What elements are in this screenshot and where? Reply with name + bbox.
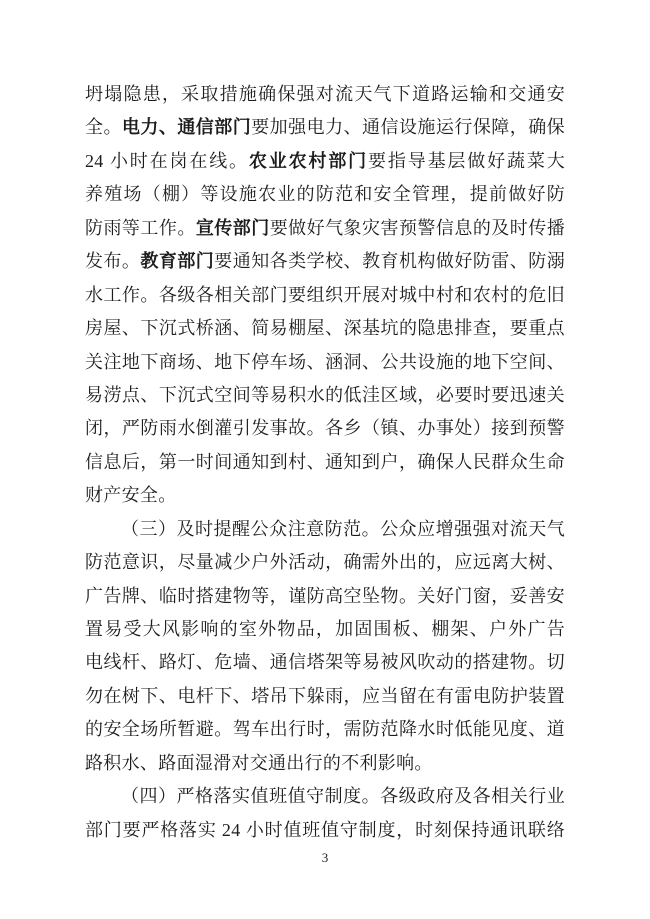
text-line: （三）及时提醒公众注意防范。公众应增强强对流天气 <box>85 513 565 546</box>
bold-department-text: 教育部门 <box>140 251 214 271</box>
text-line: 广告牌、临时搭建物等，谨防高空坠物。关好门窗，妥善安 <box>85 580 565 613</box>
text-line: 易涝点、下沉式空间等易积水的低洼区域，必要时要迅速关 <box>85 379 565 412</box>
body-text: 防雨等工作。 <box>85 218 196 238</box>
body-text: 坍塌隐患，采取措施确保强对流天气下道路运输和交通安 <box>85 84 565 104</box>
bold-department-text: 农业农村部门 <box>249 151 368 171</box>
subheading-text: （四）严格落实值班值守制度。 <box>121 786 380 806</box>
text-line: 信息后，第一时间通知到村、通知到户，确保人民群众生命 <box>85 446 565 479</box>
body-text: 财产安全。 <box>85 485 177 505</box>
text-line: 电线杆、路灯、危墙、通信塔架等易被风吹动的搭建物。切 <box>85 646 565 679</box>
subheading-text: （三）及时提醒公众注意防范。 <box>121 519 380 539</box>
body-text: 全。 <box>85 117 122 137</box>
body-text: 公众应增强强对流天气 <box>380 519 565 539</box>
body-text: 广告牌、临时搭建物等，谨防高空坠物。关好门窗，妥善安 <box>85 586 565 606</box>
body-text: 部门要严格落实 24 小时值班值守制度，时刻保持通讯联络 <box>85 820 565 840</box>
body-text: 易涝点、下沉式空间等易积水的低洼区域，必要时要迅速关 <box>85 385 565 405</box>
text-line: 防范意识，尽量减少户外活动，确需外出的，应远离大树、 <box>85 546 565 579</box>
text-line: 发布。教育部门要通知各类学校、教育机构做好防雷、防溺 <box>85 245 565 278</box>
body-text: 信息后，第一时间通知到村、通知到户，确保人民群众生命 <box>85 452 565 472</box>
page-number: 3 <box>0 850 650 866</box>
bold-department-text: 电力、通信部门 <box>122 117 251 137</box>
text-line: 的安全场所暂避。驾车出行时，需防范降水时低能见度、道 <box>85 713 565 746</box>
body-text: 水工作。各级各相关部门要组织开展对城中村和农村的危旧 <box>85 285 565 305</box>
body-text: 置易受大风影响的室外物品，加固围板、棚架、户外广告牌、 <box>85 619 565 646</box>
body-text: 要做好气象灾害预警信息的及时传播 <box>270 218 565 238</box>
body-text: 要通知各类学校、教育机构做好防雷、防溺 <box>214 251 565 271</box>
text-line: 关注地下商场、地下停车场、涵洞、公共设施的地下空间、 <box>85 346 565 379</box>
text-line: 养殖场（棚）等设施农业的防范和安全管理，提前做好防风、 <box>85 178 565 211</box>
body-text: 各级政府及各相关行业 <box>380 786 565 806</box>
body-text: 24 小时在岗在线。 <box>85 151 249 171</box>
text-line: 房屋、下沉式桥涵、简易棚屋、深基坑的隐患排查，要重点 <box>85 312 565 345</box>
document-body: 坍塌隐患，采取措施确保强对流天气下道路运输和交通安全。电力、通信部门要加强电力、… <box>85 78 565 847</box>
text-line: 24 小时在岗在线。农业农村部门要指导基层做好蔬菜大棚、 <box>85 145 565 178</box>
text-line: 全。电力、通信部门要加强电力、通信设施运行保障，确保 <box>85 111 565 144</box>
text-line: 闭，严防雨水倒灌引发事故。各乡（镇、办事处）接到预警 <box>85 412 565 445</box>
text-line: （四）严格落实值班值守制度。各级政府及各相关行业 <box>85 780 565 813</box>
body-text: 防范意识，尽量减少户外活动，确需外出的，应远离大树、 <box>85 552 565 572</box>
text-line: 勿在树下、电杆下、塔吊下躲雨，应当留在有雷电防护装置 <box>85 680 565 713</box>
text-line: 置易受大风影响的室外物品，加固围板、棚架、户外广告牌、 <box>85 613 565 646</box>
body-text: 关注地下商场、地下停车场、涵洞、公共设施的地下空间、 <box>85 352 565 372</box>
body-text: 发布。 <box>85 251 140 271</box>
text-line: 财产安全。 <box>85 479 565 512</box>
body-text: 要加强电力、通信设施运行保障，确保 <box>251 117 565 137</box>
body-text: 闭，严防雨水倒灌引发事故。各乡（镇、办事处）接到预警 <box>85 418 565 438</box>
text-line: 水工作。各级各相关部门要组织开展对城中村和农村的危旧 <box>85 279 565 312</box>
body-text: 勿在树下、电杆下、塔吊下躲雨，应当留在有雷电防护装置 <box>85 686 565 706</box>
text-line: 部门要严格落实 24 小时值班值守制度，时刻保持通讯联络 <box>85 814 565 847</box>
body-text: 电线杆、路灯、危墙、通信塔架等易被风吹动的搭建物。切 <box>85 652 565 672</box>
body-text: 的安全场所暂避。驾车出行时，需防范降水时低能见度、道 <box>85 719 565 739</box>
bold-department-text: 宣传部门 <box>196 218 270 238</box>
body-text: 路积水、路面湿滑对交通出行的不利影响。 <box>85 753 433 773</box>
body-text: 房屋、下沉式桥涵、简易棚屋、深基坑的隐患排查，要重点 <box>85 318 565 338</box>
text-line: 路积水、路面湿滑对交通出行的不利影响。 <box>85 747 565 780</box>
body-text: 养殖场（棚）等设施农业的防范和安全管理，提前做好防风、 <box>85 184 565 211</box>
text-line: 坍塌隐患，采取措施确保强对流天气下道路运输和交通安 <box>85 78 565 111</box>
text-line: 防雨等工作。宣传部门要做好气象灾害预警信息的及时传播 <box>85 212 565 245</box>
document-page: 坍塌隐患，采取措施确保强对流天气下道路运输和交通安全。电力、通信部门要加强电力、… <box>0 0 650 919</box>
